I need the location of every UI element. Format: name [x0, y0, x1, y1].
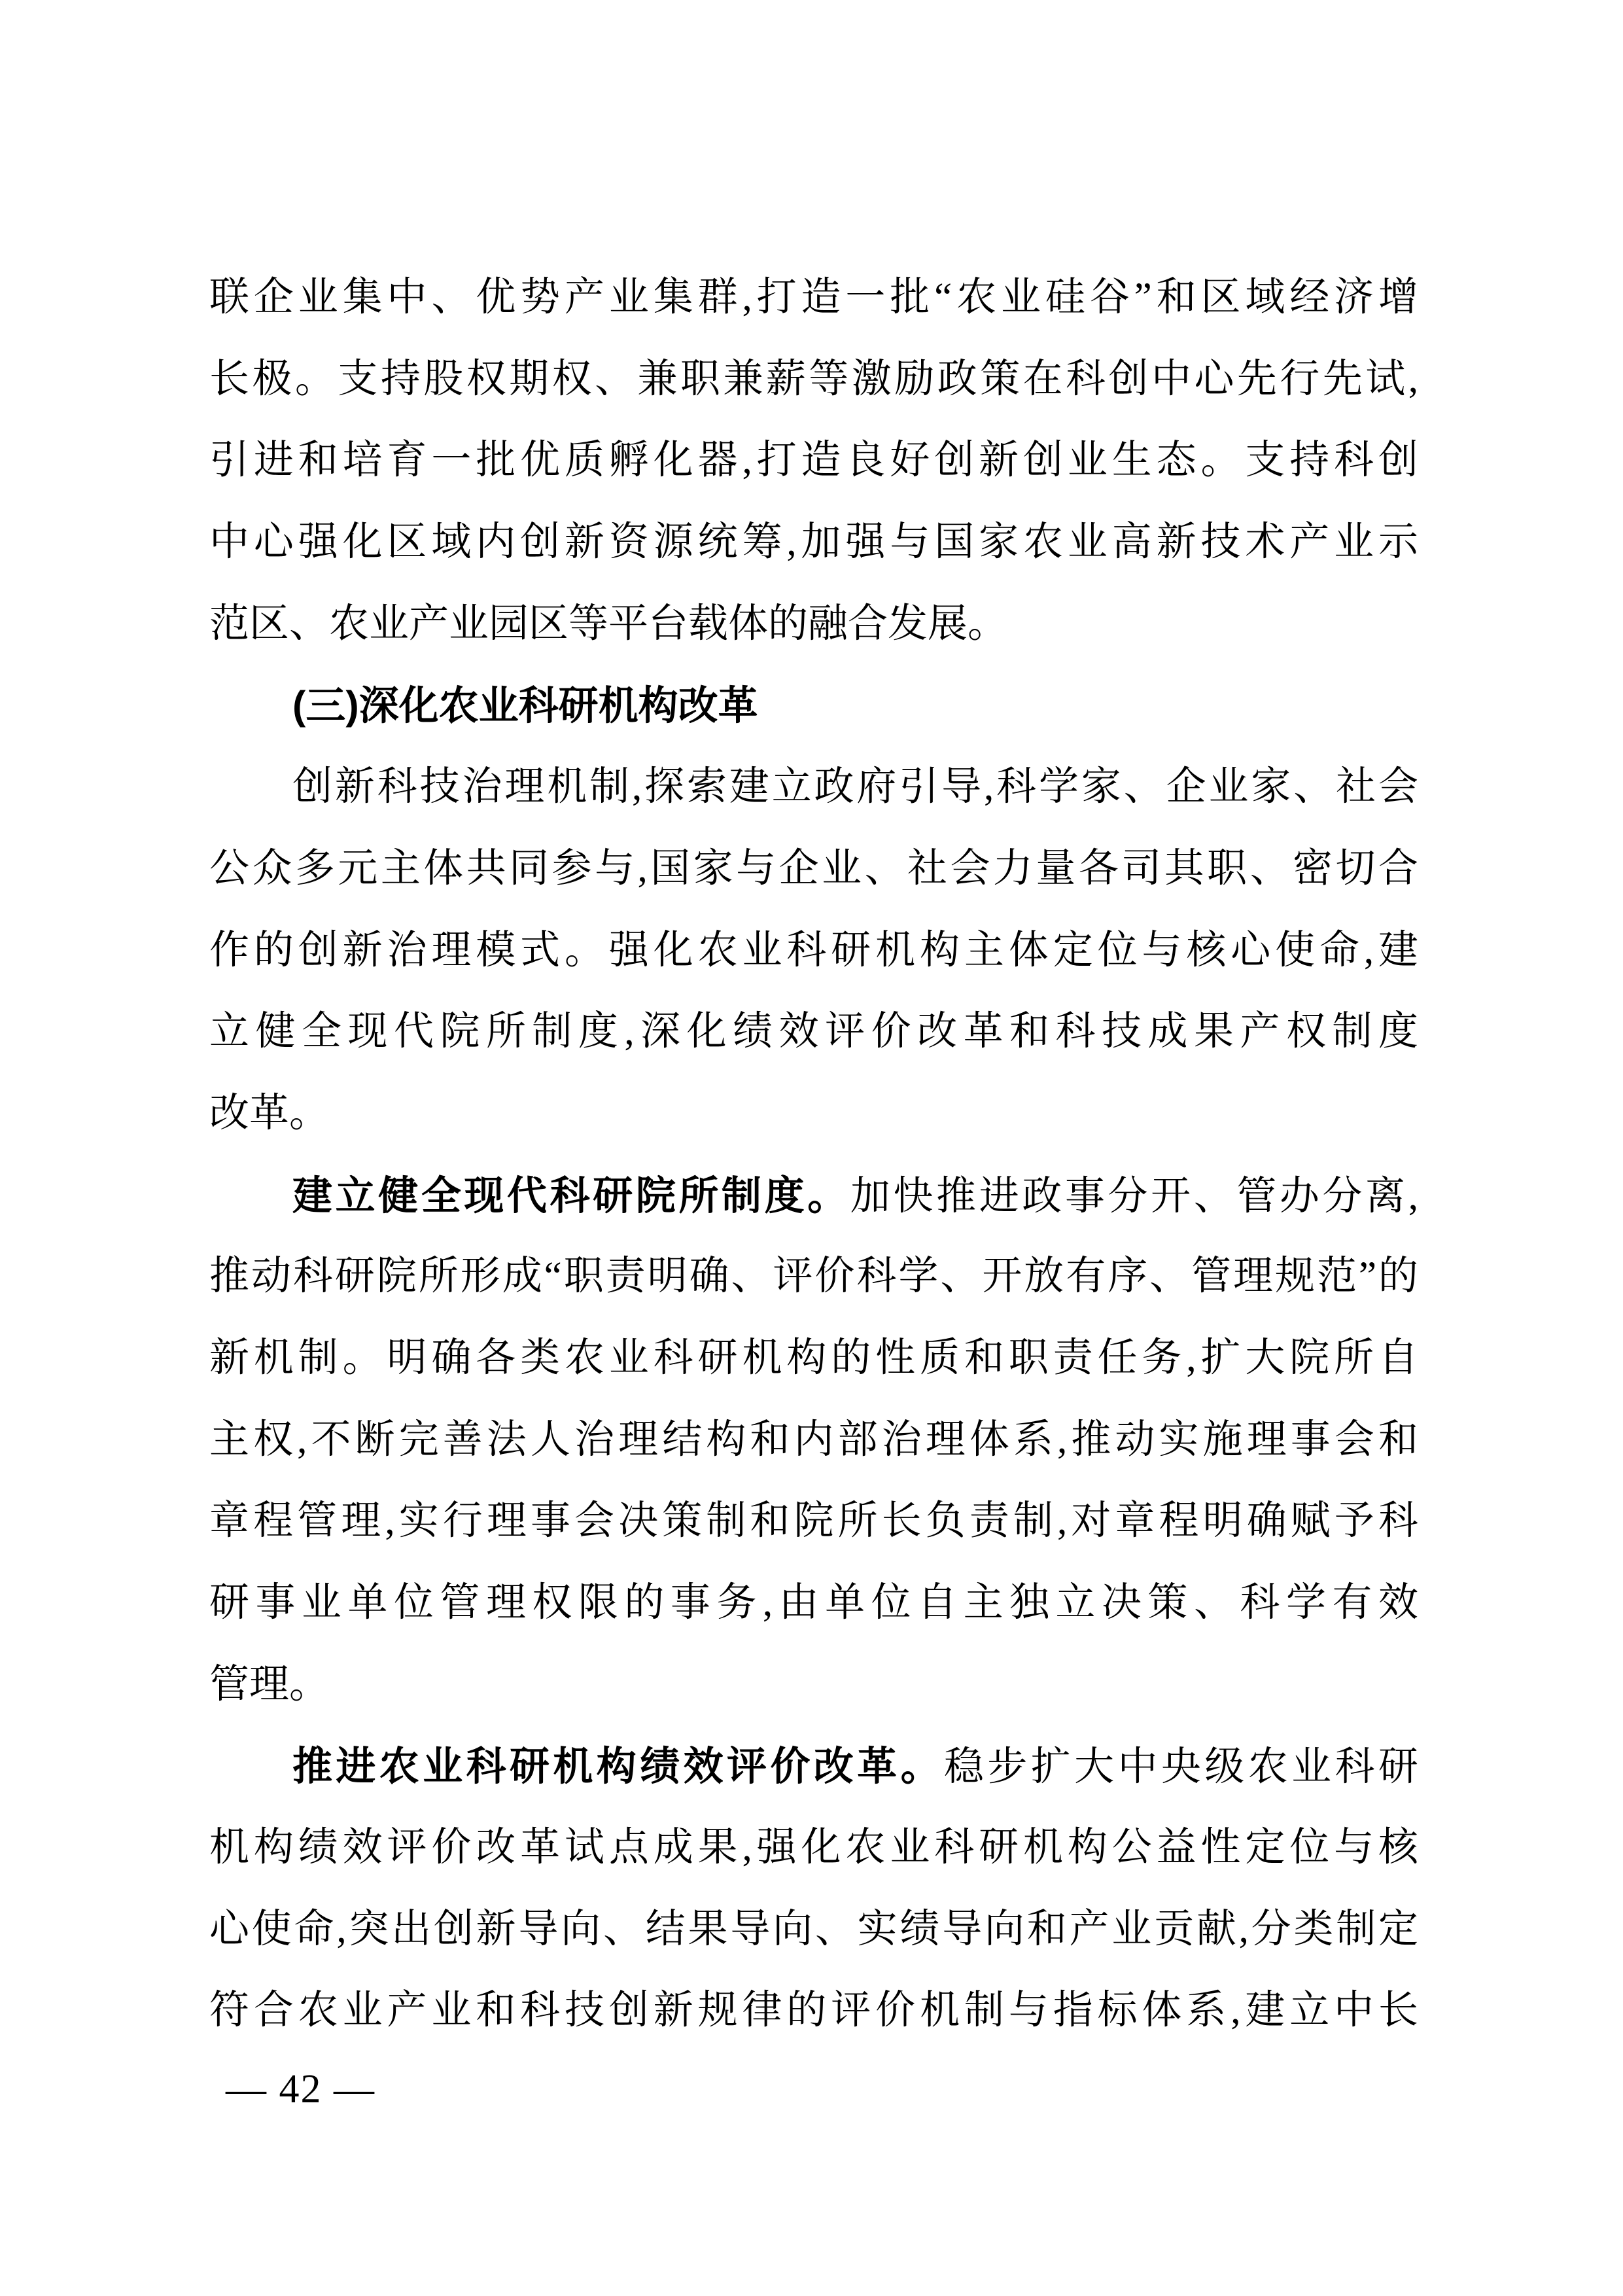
- text-segment: 引进和培育一批优质孵化器,打造良好创新创业生态。支持科创: [209, 438, 1418, 482]
- bold-text-segment: 建立健全现代科研院所制度。: [292, 1173, 850, 1218]
- text-segment: 公众多元主体共同参与,国家与企业、社会力量各司其职、密切合: [209, 847, 1418, 891]
- page-number: — 42 —: [226, 2066, 375, 2112]
- text-line: 范区、农业产业园区等平台载体的融合发展。: [209, 584, 1418, 665]
- text-segment: 联企业集中、优势产业集群,打造一批“农业硅谷”和区域经济增: [209, 275, 1418, 319]
- text-segment: 新机制。明确各类农业科研机构的性质和职责任务,扩大院所自: [209, 1336, 1418, 1380]
- text-line: 公众多元主体共同参与,国家与企业、社会力量各司其职、密切合: [209, 828, 1418, 910]
- text-segment: 创新科技治理机制,探索建立政府引导,科学家、企业家、社会: [292, 765, 1418, 809]
- text-segment: 研事业单位管理权限的事务,由单位自主独立决策、科学有效: [209, 1581, 1418, 1625]
- text-segment: 主权,不断完善法人治理结构和内部治理体系,推动实施理事会和: [209, 1418, 1418, 1462]
- text-segment: 改革。: [209, 1091, 329, 1135]
- text-segment: 机构绩效评价改革试点成果,强化农业科研机构公益性定位与核: [209, 1826, 1418, 1869]
- text-line: 主权,不断完善法人治理结构和内部治理体系,推动实施理事会和: [209, 1400, 1418, 1481]
- text-line: 长极。支持股权期权、兼职兼薪等激励政策在科创中心先行先试,: [209, 339, 1418, 421]
- document-body: 联企业集中、优势产业集群,打造一批“农业硅谷”和区域经济增长极。支持股权期权、兼…: [209, 257, 1418, 2052]
- text-line: 引进和培育一批优质孵化器,打造良好创新创业生态。支持科创: [209, 420, 1418, 502]
- text-line: 中心强化区域内创新资源统筹,加强与国家农业高新技术产业示: [209, 502, 1418, 584]
- text-segment: 符合农业产业和科技创新规律的评价机制与指标体系,建立中长: [209, 1988, 1418, 2032]
- text-line: 立健全现代院所制度,深化绩效评价改革和科技成果产权制度: [209, 991, 1418, 1073]
- text-line: 联企业集中、优势产业集群,打造一批“农业硅谷”和区域经济增: [209, 257, 1418, 339]
- text-line: 改革。: [209, 1073, 1418, 1155]
- text-segment: 推动科研院所形成“职责明确、评价科学、开放有序、管理规范”的: [209, 1254, 1418, 1298]
- text-segment: 心使命,突出创新导向、结果导向、实绩导向和产业贡献,分类制定: [209, 1907, 1418, 1951]
- text-line: 推进农业科研机构绩效评价改革。稳步扩大中央级农业科研: [209, 1725, 1418, 1807]
- text-segment: 加快推进政事分开、管办分离,: [850, 1174, 1418, 1218]
- text-line: 心使命,突出创新导向、结果导向、实绩导向和产业贡献,分类制定: [209, 1889, 1418, 1971]
- text-line: 符合农业产业和科技创新规律的评价机制与指标体系,建立中长: [209, 1970, 1418, 2052]
- text-segment: 长极。支持股权期权、兼职兼薪等激励政策在科创中心先行先试,: [209, 357, 1418, 401]
- text-segment: 稳步扩大中央级农业科研: [944, 1745, 1418, 1789]
- text-segment: 作的创新治理模式。强化农业科研机构主体定位与核心使命,建: [209, 928, 1418, 972]
- text-line: 管理。: [209, 1644, 1418, 1726]
- text-line: 机构绩效评价改革试点成果,强化农业科研机构公益性定位与核: [209, 1807, 1418, 1889]
- bold-text-segment: 推进农业科研机构绩效评价改革。: [292, 1744, 944, 1788]
- text-segment: 管理。: [209, 1663, 329, 1706]
- text-segment: 章程管理,实行理事会决策制和院所长负责制,对章程明确赋予科: [209, 1499, 1418, 1543]
- text-segment: 中心强化区域内创新资源统筹,加强与国家农业高新技术产业示: [209, 520, 1418, 564]
- text-segment: 范区、农业产业园区等平台载体的融合发展。: [209, 602, 1007, 646]
- text-segment: 立健全现代院所制度,深化绩效评价改革和科技成果产权制度: [209, 1010, 1418, 1053]
- text-line: 章程管理,实行理事会决策制和院所长负责制,对章程明确赋予科: [209, 1481, 1418, 1563]
- page-number-label: — 42 —: [226, 2067, 375, 2111]
- text-line: 研事业单位管理权限的事务,由单位自主独立决策、科学有效: [209, 1563, 1418, 1644]
- text-line: 建立健全现代科研院所制度。加快推进政事分开、管办分离,: [209, 1155, 1418, 1237]
- text-line: 新机制。明确各类农业科研机构的性质和职责任务,扩大院所自: [209, 1318, 1418, 1400]
- bold-text-segment: (三)深化农业科研机构改革: [292, 683, 758, 728]
- document-page: 联企业集中、优势产业集群,打造一批“农业硅谷”和区域经济增长极。支持股权期权、兼…: [0, 0, 1623, 2296]
- text-line: 创新科技治理机制,探索建立政府引导,科学家、企业家、社会: [209, 747, 1418, 828]
- text-line: 推动科研院所形成“职责明确、评价科学、开放有序、管理规范”的: [209, 1236, 1418, 1318]
- text-line: 作的创新治理模式。强化农业科研机构主体定位与核心使命,建: [209, 910, 1418, 992]
- section-heading: (三)深化农业科研机构改革: [209, 665, 1418, 747]
